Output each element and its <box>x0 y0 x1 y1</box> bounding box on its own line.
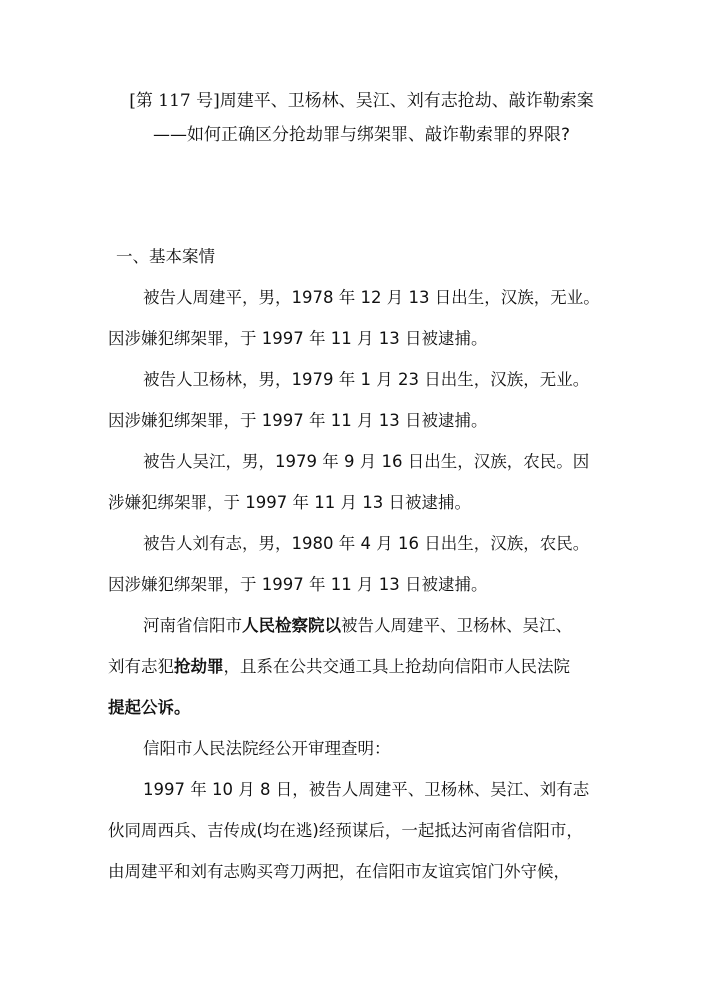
document-title: [第 117 号]周建平、卫杨林、吴江、刘有志抢劫、敲诈勒索案 <box>8 86 707 111</box>
text: 河南省信阳市 <box>143 616 242 635</box>
document-body: 一、基本案情 被告人周建平，男，1978 年 12 月 13 日出生，汉族，无业… <box>108 236 608 892</box>
bold-text: 抢劫罪 <box>174 657 224 676</box>
body-line: 1997 年 10 月 8 日，被告人周建平、卫杨林、吴江、刘有志 <box>108 769 608 810</box>
body-line: 因涉嫌犯绑架罪，于 1997 年 11 月 13 日被逮捕。 <box>108 400 608 441</box>
body-line: 伙同周西兵、吉传成(均在逃)经预谋后，一起抵达河南省信阳市， <box>108 810 608 851</box>
document-subtitle: ——如何正确区分抢劫罪与绑架罪、敲诈勒索罪的界限? <box>8 120 707 145</box>
prosecution-line: 提起公诉。 <box>108 687 608 728</box>
court-intro: 信阳市人民法院经公开审理查明： <box>108 728 608 769</box>
text: 刘有志犯 <box>108 657 174 676</box>
body-line: 被告人周建平，男，1978 年 12 月 13 日出生，汉族，无业。 <box>108 277 608 318</box>
body-line: 涉嫌犯绑架罪，于 1997 年 11 月 13 日被逮捕。 <box>108 482 608 523</box>
body-line: 因涉嫌犯绑架罪，于 1997 年 11 月 13 日被逮捕。 <box>108 318 608 359</box>
body-line: 被告人卫杨林，男，1979 年 1 月 23 日出生，汉族，无业。 <box>108 359 608 400</box>
body-line: 被告人刘有志，男，1980 年 4 月 16 日出生，汉族，农民。 <box>108 523 608 564</box>
bold-text: 提起公诉。 <box>108 698 191 717</box>
body-line: 因涉嫌犯绑架罪，于 1997 年 11 月 13 日被逮捕。 <box>108 564 608 605</box>
section-heading: 一、基本案情 <box>108 236 608 277</box>
text: ，且系在公共交通工具上抢劫向信阳市人民法院 <box>224 657 571 676</box>
prosecution-line: 河南省信阳市人民检察院以被告人周建平、卫杨林、吴江、 <box>108 605 608 646</box>
body-line: 被告人吴江，男，1979 年 9 月 16 日出生，汉族，农民。因 <box>108 441 608 482</box>
prosecution-line: 刘有志犯抢劫罪，且系在公共交通工具上抢劫向信阳市人民法院 <box>108 646 608 687</box>
body-line: 由周建平和刘有志购买弯刀两把，在信阳市友谊宾馆门外守候， <box>108 851 608 892</box>
text: 被告人周建平、卫杨林、吴江、 <box>341 616 572 635</box>
bold-text: 人民检察院以 <box>242 616 341 635</box>
